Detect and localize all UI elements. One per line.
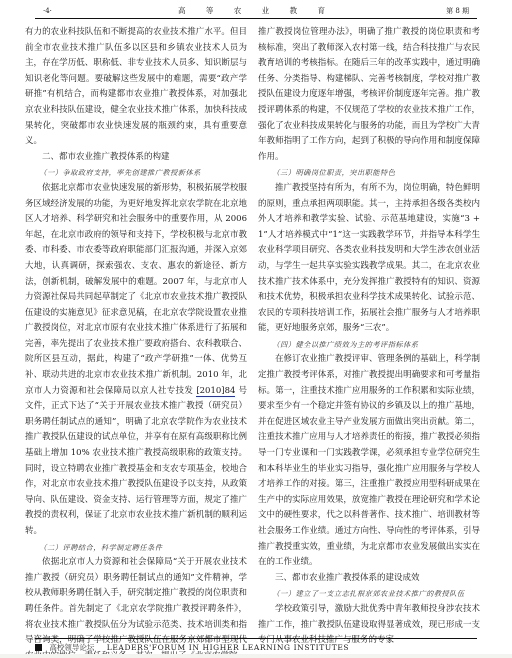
paragraph: 有力的农业科技队伍和不断提高的农业技术推广水平。但目前全市农业技术推广队伍多以区… [25, 25, 247, 150]
subsection-heading: （一）争取政府支持，率先创建推广教授新体系 [25, 165, 247, 181]
paragraph-text: 号文件，正式下达了“关于开展农业技术推广教授（研究员）职务聘任制试点的通知”，明… [25, 386, 247, 536]
page-edge [0, 654, 512, 658]
paragraph: 推广教授坚持有所为，有所不为，岗位明确，特色鲜明的原则，重点承担两项职能。其一，… [258, 181, 480, 337]
footer-divider [35, 638, 477, 639]
right-column: 推广教授岗位管理办法》，明确了推广教授的岗位职责和考核标准，突出了教师深入农村第… [258, 25, 480, 649]
paragraph: 依据北京都市农业快速发展的新形势，积极拓展学校服务区域经济发展的功能，为更好地发… [25, 181, 247, 540]
page-header: ·4· 高 等 农 业 教 育 第 8 期 [35, 4, 477, 19]
issue-number: 第 8 期 [446, 4, 469, 18]
paragraph: 推广教授岗位管理办法》，明确了推广教授的岗位职责和考核标准，突出了教师深入农村第… [258, 25, 480, 165]
square-bullet-icon [35, 644, 42, 651]
subsection-heading: （一）建立了一支立志扎根京郊农业技术推广的教授队伍 [258, 586, 480, 602]
page-footer: 高校领导论坛 LEADERS'FORUM IN HIGHER LEARNING … [35, 642, 349, 654]
subsection-heading: （二）评聘结合，科学制定聘任条件 [25, 540, 247, 556]
subsection-heading: （四）健全以推广绩效为主的考评指标体系 [258, 337, 480, 353]
paragraph-text: 依据北京都市农业快速发展的新形势，积极拓展学校服务区域经济发展的功能，为更好地发… [25, 183, 247, 396]
paragraph: 在修订农业推广教授评审、管理条例的基础上，科学制定推广教授考评体系，对推广教授提… [258, 352, 480, 570]
journal-title: 高 等 农 业 教 育 [35, 4, 477, 18]
document-reference-link[interactable]: [2010]84 [196, 386, 235, 397]
left-column: 有力的农业科技队伍和不断提高的农业技术推广水平。但目前全市农业技术推广队伍多以区… [25, 25, 247, 658]
section-heading: 二、都市农业推广教授体系的构建 [25, 150, 247, 166]
subsection-heading: （三）明确岗位职责，突出职能特色 [258, 165, 480, 181]
footer-journal-en: LEADERS'FORUM IN HIGHER LEARNING INSTITU… [107, 643, 349, 652]
section-heading: 三、都市农业推广教授体系的建设成效 [258, 571, 480, 587]
footer-journal-cn: 高校领导论坛 [49, 643, 94, 652]
